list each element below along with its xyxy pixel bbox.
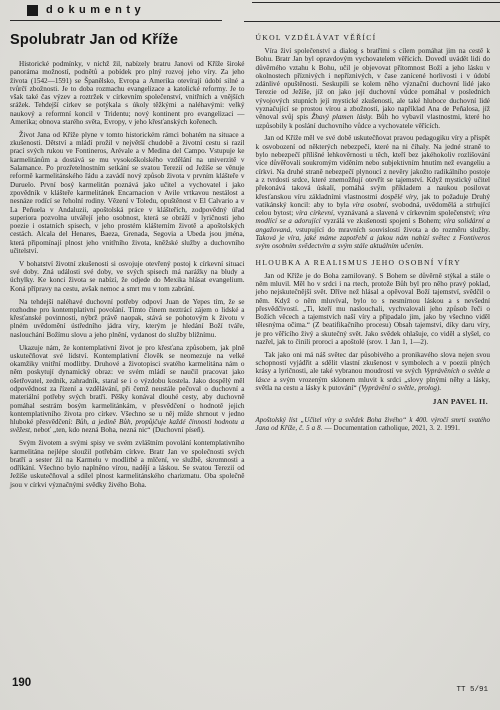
header-rule-left [10,20,222,21]
article-title: Spolubratr Jan od Kříže [10,32,245,48]
paragraph: Svým životem a svými spisy ve svém zvláš… [10,439,245,489]
header-rule-top-right [252,2,500,3]
header-rule-right [244,21,500,22]
author-signature: JAN PAVEL II. [256,397,489,406]
paragraph: Jan od Kříže měl ve své době uskutečňova… [256,134,491,250]
source-footnote: Apoštolský list „Učitel víry a svědek Bo… [256,416,491,432]
document-page: dokumenty Spolubratr Jan od Kříže Histor… [0,0,500,710]
paragraph: Na tehdejší naléhavé duchovní potřeby od… [10,298,245,339]
paragraph: Jan od Kříže je do Boha zamilovaný. S Bo… [256,272,491,347]
section-heading-ukol: ÚKOL VZDĚLÁVAT VĚŘÍCÍ [256,33,491,42]
left-column: Spolubratr Jan od Kříže Historické podmí… [10,26,245,494]
page-number: 190 [12,677,31,689]
paragraph: Život Jana od Kříže plyne v tomto histor… [10,131,245,255]
section-heading-hloubka: HLOUBKA A REALISMUS JEHO OSOBNÍ VÍRY [256,258,491,267]
article-body: Spolubratr Jan od Kříže Historické podmí… [10,26,490,494]
masthead: dokumenty [27,4,145,16]
right-column: ÚKOL VZDĚLÁVAT VĚŘÍCÍ Víra živí společen… [256,26,491,494]
paragraph: Tak jako oni má náš světec dar působivéh… [256,351,491,392]
journal-issue-label: TT 5/91 [456,686,488,694]
paragraph: V bohatství životní zkušenosti si osvoju… [10,260,245,293]
section-label: dokumenty [46,4,145,16]
paragraph: Ukazuje nám, že kontemplativní život je … [10,344,245,435]
section-marker-square-icon [27,5,38,16]
paragraph: Historické podmínky, v nichž žil, nabíze… [10,60,245,126]
paragraph: Víra živí společenství a dialog s bratří… [256,47,491,130]
